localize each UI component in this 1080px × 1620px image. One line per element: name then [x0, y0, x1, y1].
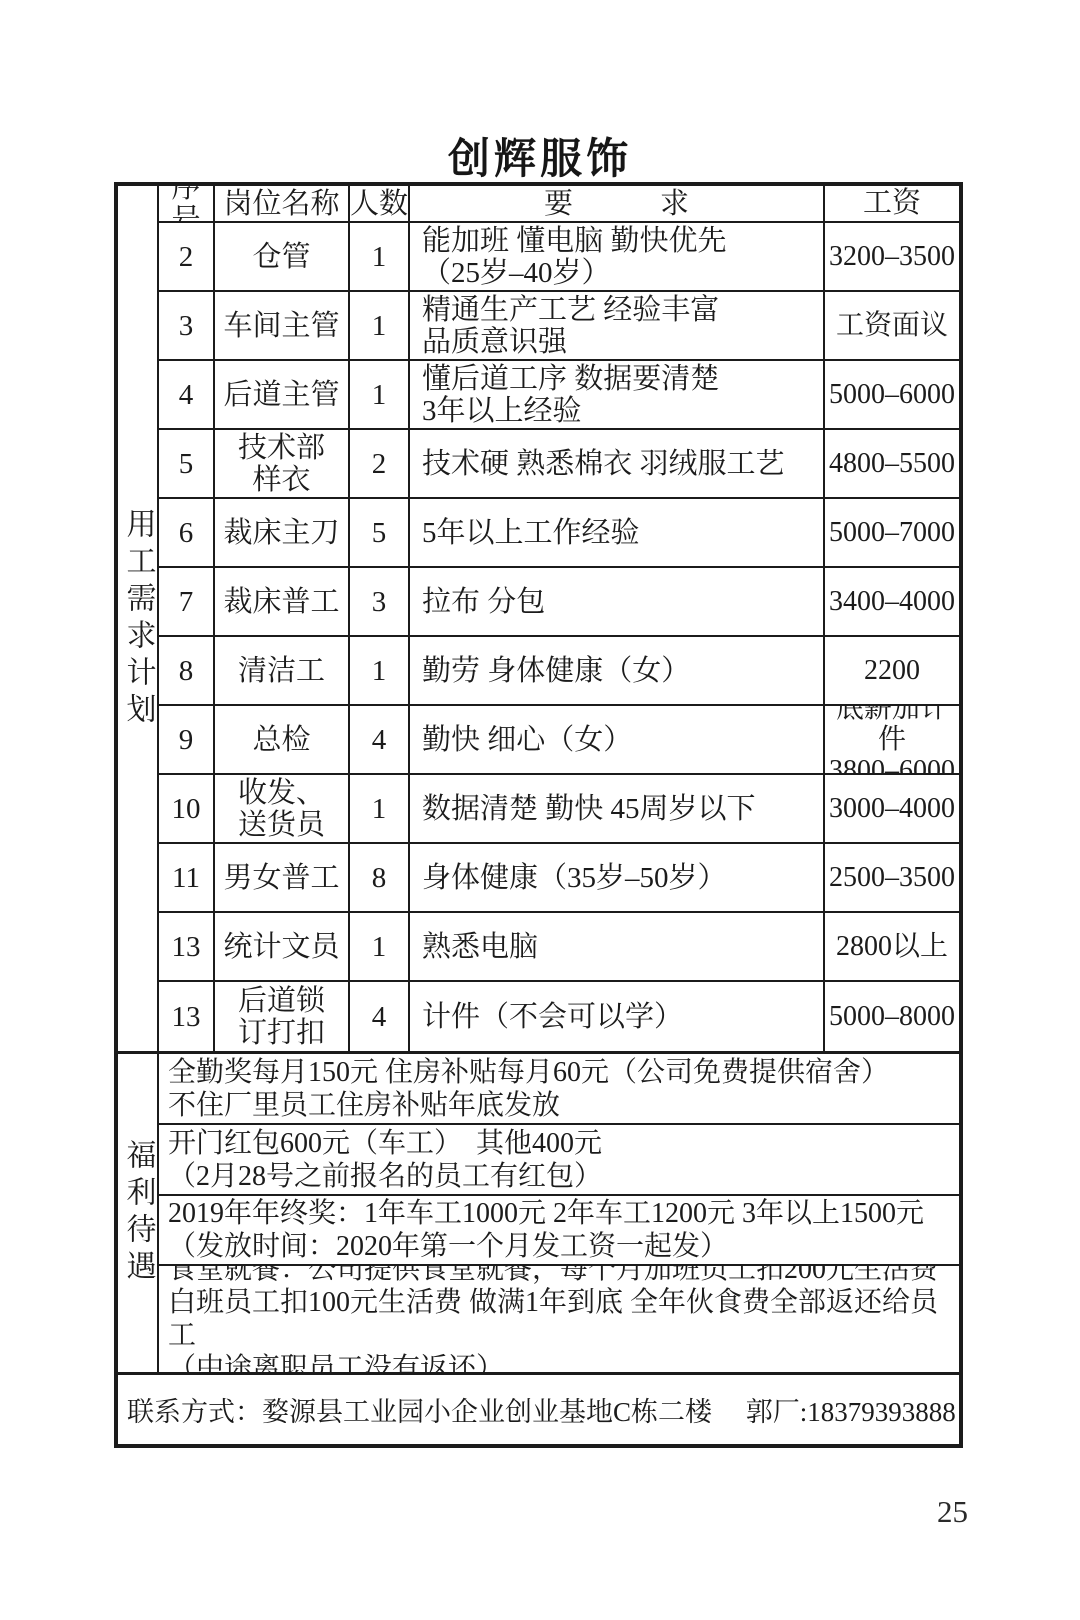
job-row: 13 后道锁 订打扣 4 计件（不会可以学） 5000–8000 [159, 982, 959, 1051]
job-position: 收发、 送货员 [215, 775, 350, 842]
job-salary: 工资面议 [825, 292, 959, 359]
job-no: 9 [159, 706, 215, 773]
job-row: 5 技术部 样衣 2 技术硬 熟悉棉衣 羽绒服工艺 4800–5500 [159, 430, 959, 499]
benefit-item: 2019年年终奖：1年车工1000元 2年车工1200元 3年以上1500元 （… [159, 1196, 959, 1266]
benefit-item: 食堂就餐：公司提供食堂就餐，每个月加班员工扣200元生活费 白班员工扣100元生… [159, 1266, 959, 1372]
job-salary: 5000–6000 [825, 361, 959, 428]
header-position: 岗位名称 [215, 186, 350, 221]
job-requirements: 技术硬 熟悉棉衣 羽绒服工艺 [410, 430, 825, 497]
job-salary: 2500–3500 [825, 844, 959, 911]
job-headcount: 1 [350, 223, 410, 290]
job-position: 车间主管 [215, 292, 350, 359]
job-no: 10 [159, 775, 215, 842]
job-headcount: 1 [350, 775, 410, 842]
job-row: 6 裁床主刀 5 5年以上工作经验 5000–7000 [159, 499, 959, 568]
job-headcount: 4 [350, 706, 410, 773]
benefits-list: 全勤奖每月150元 住房补贴每月60元（公司免费提供宿舍） 不住厂里员工住房补贴… [159, 1054, 959, 1372]
document-title: 创辉服饰 [0, 126, 1080, 186]
job-row: 13 统计文员 1 熟悉电脑 2800以上 [159, 913, 959, 982]
job-no: 2 [159, 223, 215, 290]
job-requirements: 计件（不会可以学） [410, 982, 825, 1051]
jobs-section: 用工需求计划 序号 岗位名称 人数 要 求 工资 2 仓管 1 能加班 懂电脑 … [118, 186, 959, 1051]
job-row: 4 后道主管 1 懂后道工序 数据要清楚 3年以上经验 5000–6000 [159, 361, 959, 430]
benefits-section-side-column: 福利待遇 [118, 1054, 159, 1372]
header-headcount: 人数 [350, 186, 410, 221]
job-row: 9 总检 4 勤快 细心（女） 底薪加计件 3800–6000 [159, 706, 959, 775]
job-requirements: 勤劳 身体健康（女） [410, 637, 825, 704]
job-headcount: 8 [350, 844, 410, 911]
jobs-section-side-label: 用工需求计划 [123, 508, 153, 730]
job-row: 7 裁床普工 3 拉布 分包 3400–4000 [159, 568, 959, 637]
table-header-row: 序号 岗位名称 人数 要 求 工资 [159, 186, 959, 223]
job-position: 裁床主刀 [215, 499, 350, 566]
job-row: 2 仓管 1 能加班 懂电脑 勤快优先 （25岁–40岁） 3200–3500 [159, 223, 959, 292]
job-salary: 3400–4000 [825, 568, 959, 635]
job-headcount: 1 [350, 913, 410, 980]
job-salary: 2200 [825, 637, 959, 704]
job-requirements: 能加班 懂电脑 勤快优先 （25岁–40岁） [410, 223, 825, 290]
job-headcount: 3 [350, 568, 410, 635]
job-requirements: 懂后道工序 数据要清楚 3年以上经验 [410, 361, 825, 428]
job-no: 13 [159, 913, 215, 980]
job-no: 3 [159, 292, 215, 359]
page-number: 25 [937, 1494, 968, 1530]
job-row: 8 清洁工 1 勤劳 身体健康（女） 2200 [159, 637, 959, 706]
jobs-table: 序号 岗位名称 人数 要 求 工资 2 仓管 1 能加班 懂电脑 勤快优先 （2… [159, 186, 959, 1051]
job-no: 6 [159, 499, 215, 566]
job-salary: 3000–4000 [825, 775, 959, 842]
job-salary: 2800以上 [825, 913, 959, 980]
document-page: 创辉服饰 用工需求计划 序号 岗位名称 人数 要 求 工资 2 仓管 1 [0, 0, 1080, 1620]
job-requirements: 5年以上工作经验 [410, 499, 825, 566]
benefits-section: 福利待遇 全勤奖每月150元 住房补贴每月60元（公司免费提供宿舍） 不住厂里员… [118, 1051, 959, 1372]
job-no: 8 [159, 637, 215, 704]
job-headcount: 2 [350, 430, 410, 497]
job-requirements: 拉布 分包 [410, 568, 825, 635]
job-requirements: 身体健康（35岁–50岁） [410, 844, 825, 911]
job-position: 统计文员 [215, 913, 350, 980]
job-row: 11 男女普工 8 身体健康（35岁–50岁） 2500–3500 [159, 844, 959, 913]
header-requirements: 要 求 [410, 186, 825, 221]
job-position: 总检 [215, 706, 350, 773]
job-position: 清洁工 [215, 637, 350, 704]
benefit-item: 开门红包600元（车工） 其他400元 （2月28号之前报名的员工有红包） [159, 1125, 959, 1196]
job-no: 5 [159, 430, 215, 497]
contact-row: 联系方式：婺源县工业园小企业创业基地C栋二楼 郭厂:18379393888 [118, 1372, 959, 1444]
job-salary: 5000–8000 [825, 982, 959, 1051]
job-no: 11 [159, 844, 215, 911]
job-requirements: 勤快 细心（女） [410, 706, 825, 773]
header-no: 序号 [159, 186, 215, 221]
job-headcount: 1 [350, 637, 410, 704]
job-row: 10 收发、 送货员 1 数据清楚 勤快 45周岁以下 3000–4000 [159, 775, 959, 844]
job-headcount: 5 [350, 499, 410, 566]
jobs-section-side-column: 用工需求计划 [118, 186, 159, 1051]
job-position: 仓管 [215, 223, 350, 290]
benefits-section-side-label: 福利待遇 [123, 1139, 153, 1287]
job-headcount: 1 [350, 292, 410, 359]
header-salary: 工资 [825, 186, 959, 221]
job-no: 13 [159, 982, 215, 1051]
job-salary: 4800–5500 [825, 430, 959, 497]
job-position: 技术部 样衣 [215, 430, 350, 497]
job-no: 7 [159, 568, 215, 635]
job-salary: 3200–3500 [825, 223, 959, 290]
job-salary: 底薪加计件 3800–6000 [825, 706, 959, 773]
job-requirements: 数据清楚 勤快 45周岁以下 [410, 775, 825, 842]
benefit-item: 全勤奖每月150元 住房补贴每月60元（公司免费提供宿舍） 不住厂里员工住房补贴… [159, 1054, 959, 1125]
job-headcount: 4 [350, 982, 410, 1051]
job-position: 后道主管 [215, 361, 350, 428]
job-requirements: 熟悉电脑 [410, 913, 825, 980]
job-salary: 5000–7000 [825, 499, 959, 566]
job-position: 裁床普工 [215, 568, 350, 635]
job-no: 4 [159, 361, 215, 428]
job-position: 后道锁 订打扣 [215, 982, 350, 1051]
contact-text: 联系方式：婺源县工业园小企业创业基地C栋二楼 郭厂:18379393888 [127, 1390, 956, 1429]
job-requirements: 精通生产工艺 经验丰富 品质意识强 [410, 292, 825, 359]
job-position: 男女普工 [215, 844, 350, 911]
job-row: 3 车间主管 1 精通生产工艺 经验丰富 品质意识强 工资面议 [159, 292, 959, 361]
job-headcount: 1 [350, 361, 410, 428]
recruitment-table: 用工需求计划 序号 岗位名称 人数 要 求 工资 2 仓管 1 能加班 懂电脑 … [114, 182, 963, 1448]
